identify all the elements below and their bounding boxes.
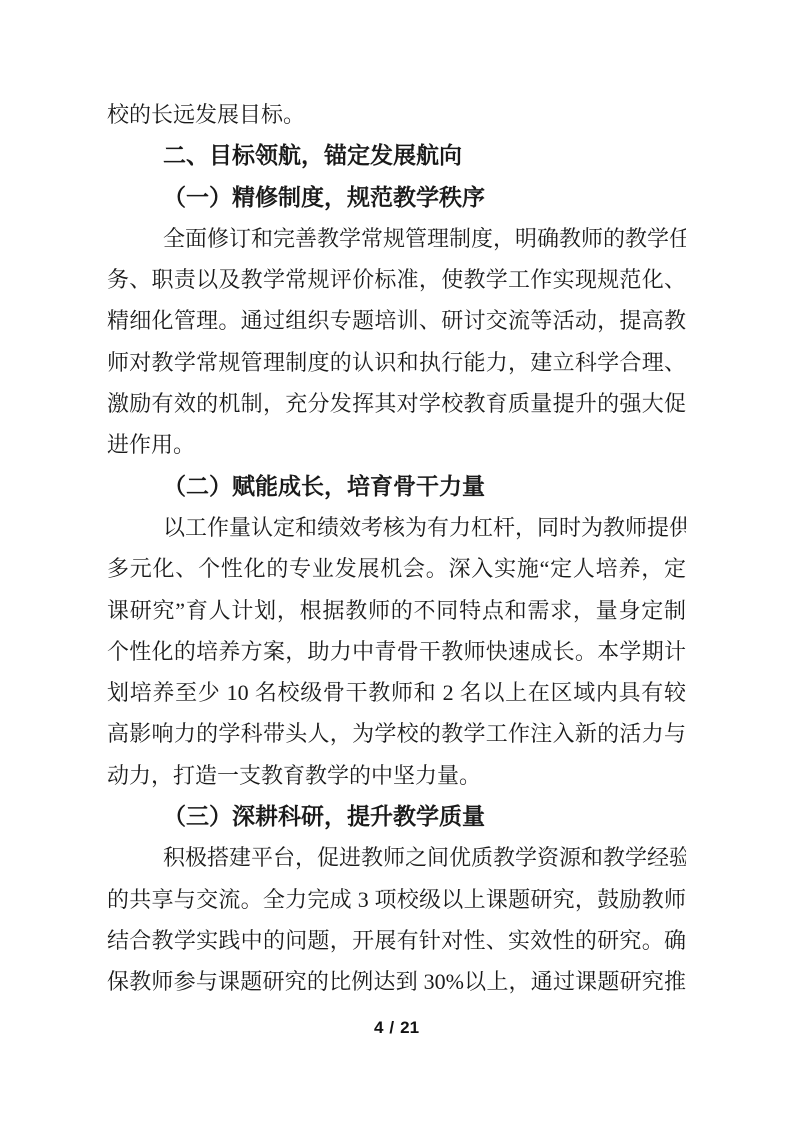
page-footer: 4/21 bbox=[0, 1018, 793, 1038]
section-heading-2: 二、目标领航，锚定发展航向 bbox=[107, 135, 686, 176]
body-line: 进作用。 bbox=[107, 424, 686, 465]
body-line: 的共享与交流。全力完成 3 项校级以上课题研究，鼓励教师 bbox=[107, 879, 686, 920]
body-line: 全面修订和完善教学常规管理制度，明确教师的教学任 bbox=[107, 218, 686, 259]
body-line: 课研究”育人计划，根据教师的不同特点和需求，量身定制 bbox=[107, 590, 686, 631]
body-line: 精细化管理。通过组织专题培训、研讨交流等活动，提高教 bbox=[107, 300, 686, 341]
body-line: 结合教学实践中的问题，开展有针对性、实效性的研究。确 bbox=[107, 920, 686, 961]
sub-heading-2: （二）赋能成长，培育骨干力量 bbox=[107, 466, 686, 507]
body-line: 多元化、个性化的专业发展机会。深入实施“定人培养，定 bbox=[107, 548, 686, 589]
page-number-total: 21 bbox=[400, 1018, 419, 1037]
body-line: 务、职责以及教学常规评价标准，使教学工作实现规范化、 bbox=[107, 259, 686, 300]
page-number-current: 4 bbox=[374, 1018, 383, 1037]
body-line: 校的长远发展目标。 bbox=[107, 94, 686, 135]
body-line: 保教师参与课题研究的比例达到 30%以上，通过课题研究推 bbox=[107, 961, 686, 1002]
body-line: 划培养至少 10 名校级骨干教师和 2 名以上在区域内具有较 bbox=[107, 672, 686, 713]
body-line: 动力，打造一支教育教学的中坚力量。 bbox=[107, 755, 686, 796]
body-line: 激励有效的机制，充分发挥其对学校教育质量提升的强大促 bbox=[107, 383, 686, 424]
body-line: 师对教学常规管理制度的认识和执行能力，建立科学合理、 bbox=[107, 342, 686, 383]
document-page: 校的长远发展目标。 二、目标领航，锚定发展航向 （一）精修制度，规范教学秩序 全… bbox=[0, 0, 793, 1122]
body-line: 积极搭建平台，促进教师之间优质教学资源和教学经验 bbox=[107, 837, 686, 878]
sub-heading-1: （一）精修制度，规范教学秩序 bbox=[107, 177, 686, 218]
sub-heading-3: （三）深耕科研，提升教学质量 bbox=[107, 796, 686, 837]
body-line: 高影响力的学科带头人，为学校的教学工作注入新的活力与 bbox=[107, 713, 686, 754]
page-body: 校的长远发展目标。 二、目标领航，锚定发展航向 （一）精修制度，规范教学秩序 全… bbox=[107, 94, 686, 1003]
body-line: 个性化的培养方案，助力中青骨干教师快速成长。本学期计 bbox=[107, 631, 686, 672]
body-line: 以工作量认定和绩效考核为有力杠杆，同时为教师提供 bbox=[107, 507, 686, 548]
page-number-separator: / bbox=[389, 1018, 394, 1037]
